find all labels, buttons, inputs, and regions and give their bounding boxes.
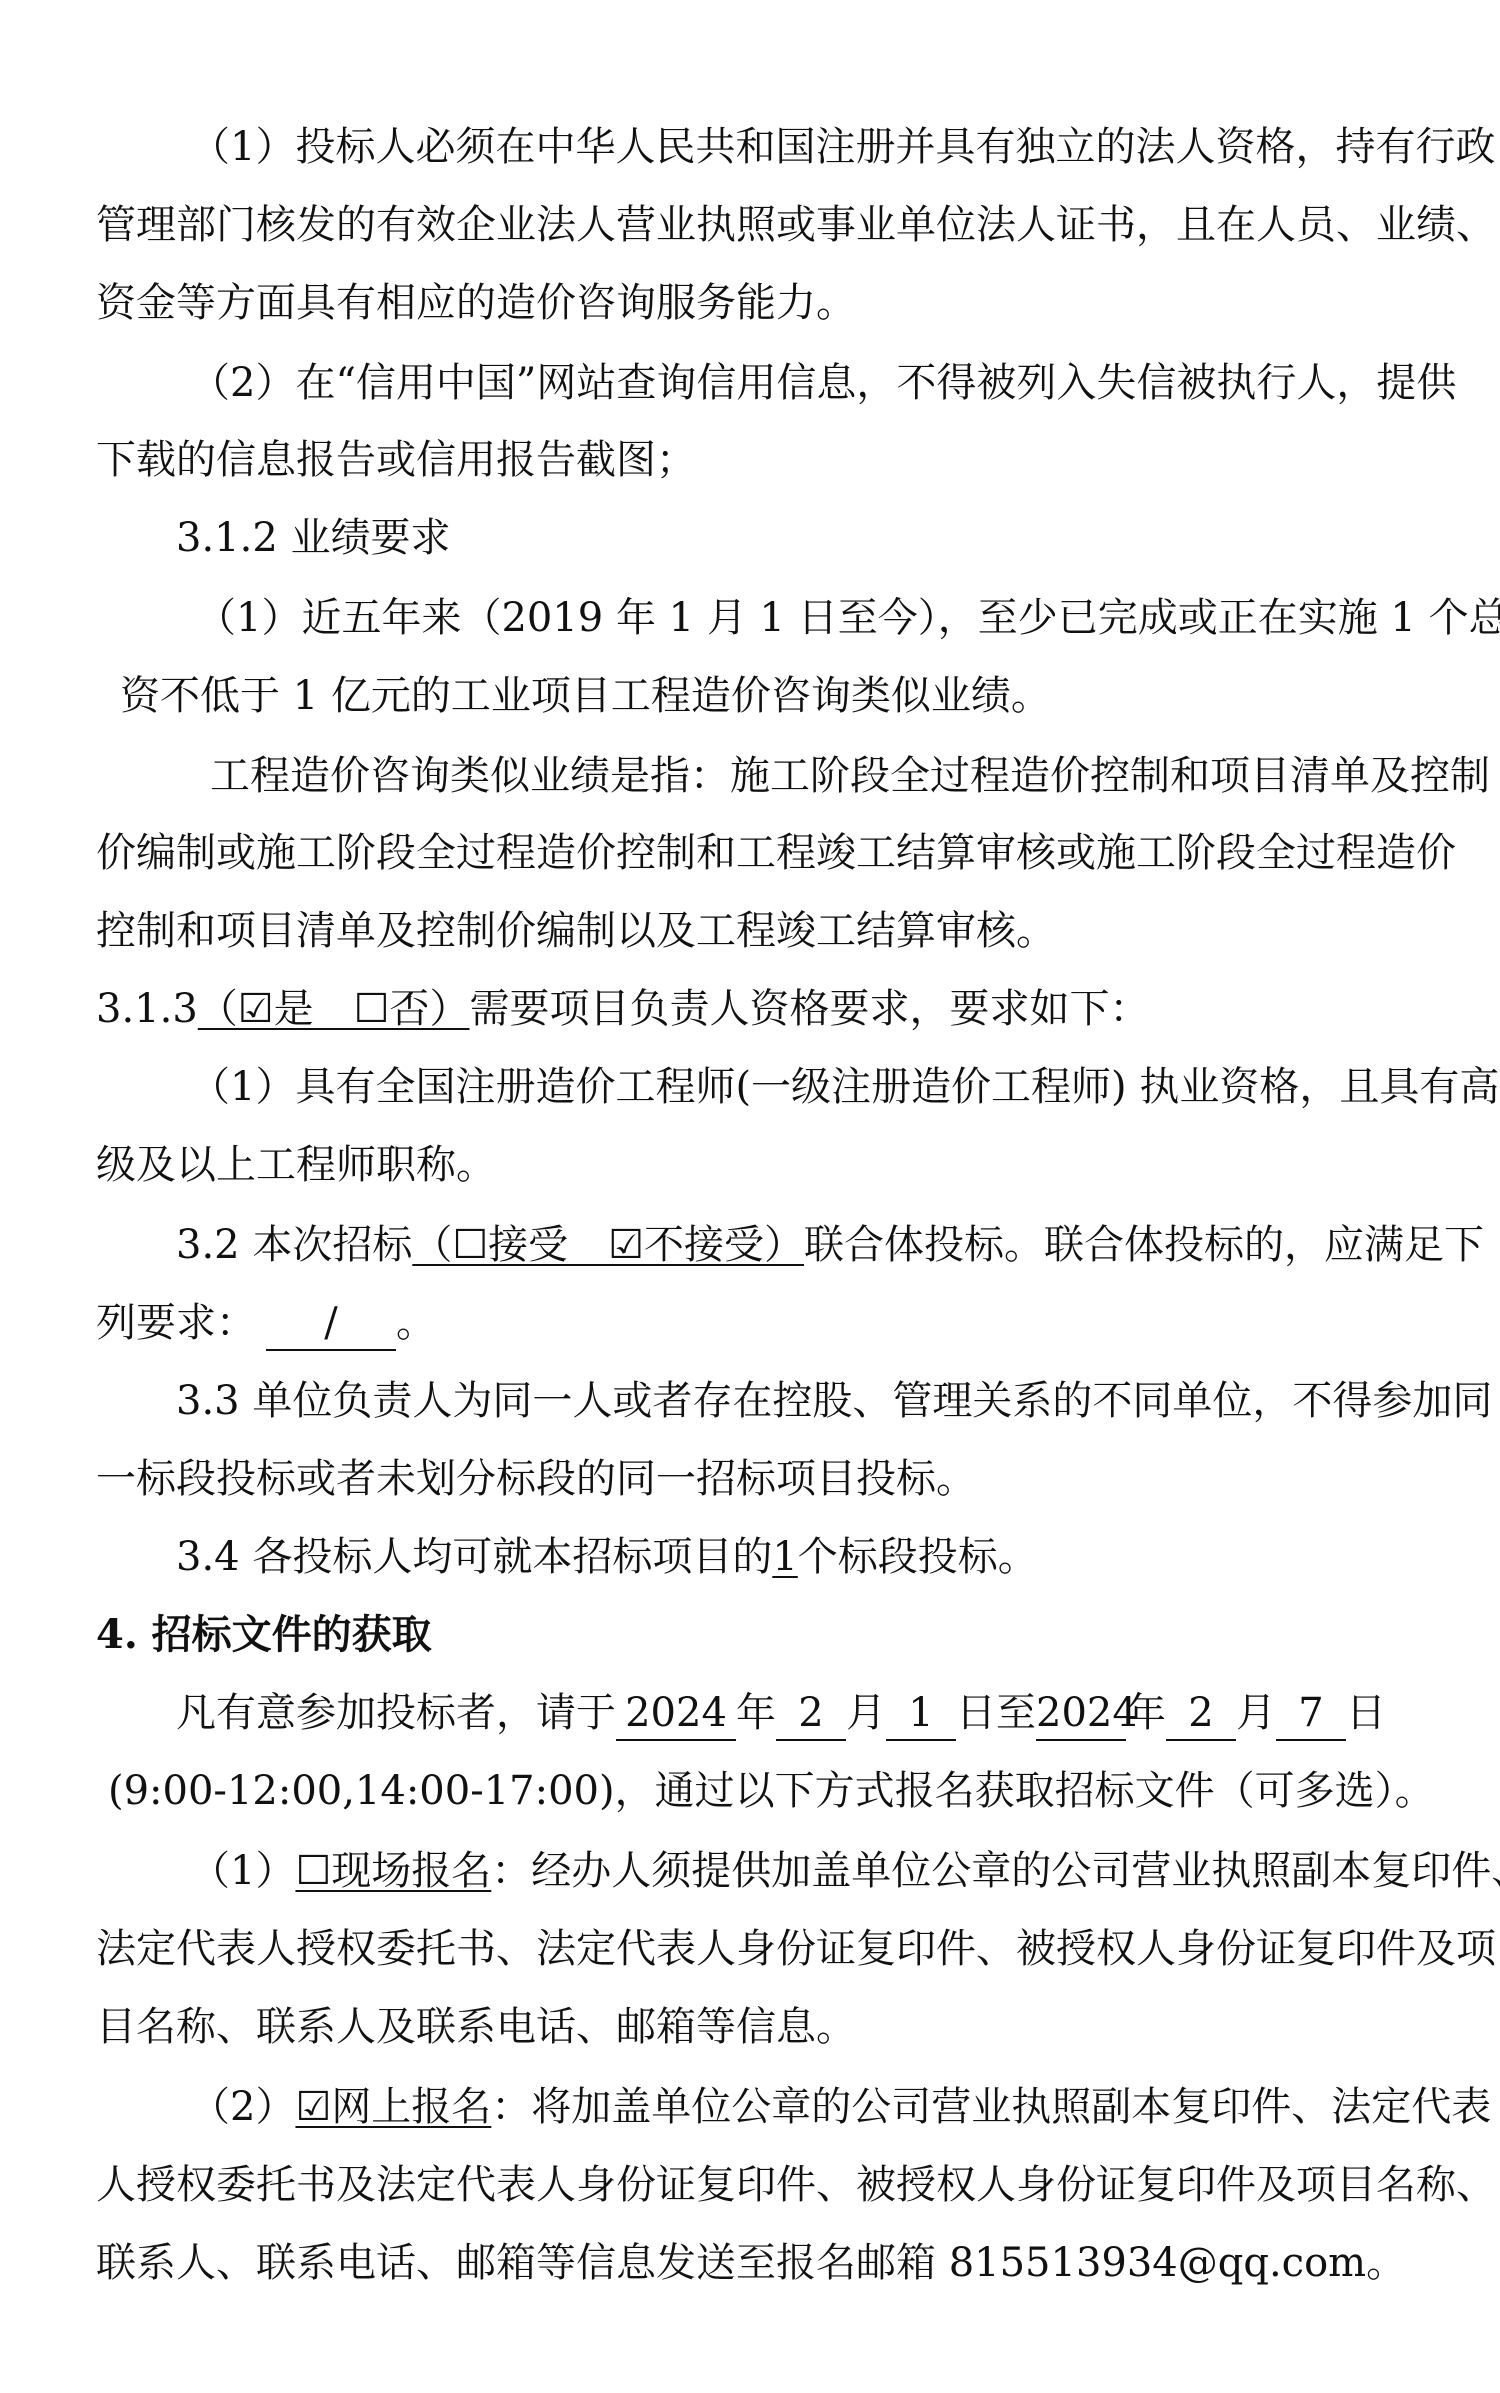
para-5-line-2: 级及以上工程师职称。: [96, 1135, 496, 1195]
onsite-line-1: （1）☐现场报名：经办人须提供加盖单位公章的公司营业执照副本复印件、: [190, 1841, 1500, 1901]
date-line: 凡有意参加投标者，请于2024年2月1日至2024年2月7日: [176, 1683, 1386, 1743]
consortium-checkbox-group[interactable]: （☐接受 ☑不接受）: [412, 1222, 804, 1268]
section-3-3-line-2: 一标段投标或者未划分标段的同一招标项目投标。: [96, 1449, 976, 1509]
section-3-4-prefix: 3.4 各投标人均可就本招标项目的: [176, 1534, 772, 1580]
onsite-line-3: 目名称、联系人及联系电话、邮箱等信息。: [96, 1997, 856, 2057]
requirements-label: 列要求：: [96, 1300, 256, 1346]
month-label: 月: [846, 1690, 886, 1736]
online-line-3: 联系人、联系电话、邮箱等信息发送至报名邮箱 815513934@qq.com。: [96, 2233, 1406, 2293]
heading-3-1-2: 3.1.2 业绩要求: [176, 508, 451, 568]
onsite-line-2: 法定代表人授权委托书、法定代表人身份证复印件、被授权人身份证复印件及项: [96, 1919, 1496, 1979]
section-3-2-prefix: 3.2 本次招标: [176, 1222, 412, 1268]
para-4-line-1: 工程造价咨询类似业绩是指：施工阶段全过程造价控制和项目清单及控制: [210, 746, 1490, 806]
requirements-blank[interactable]: /: [266, 1297, 396, 1351]
para-4-line-3: 控制和项目清单及控制价编制以及工程竣工结算审核。: [96, 901, 1056, 961]
hours-line: (9:00-12:00,14:00-17:00)，通过以下方式报名获取招标文件（…: [108, 1761, 1435, 1821]
end-year[interactable]: 2024: [1036, 1687, 1126, 1741]
para-1-line-2: 管理部门核发的有效企业法人营业执照或事业单位法人证书，且在人员、业绩、: [96, 195, 1496, 255]
end-day[interactable]: 7: [1276, 1687, 1346, 1741]
section-3-4-suffix: 个标段投标。: [798, 1534, 1038, 1580]
leader-required-checkbox-group[interactable]: （☑是 ☐否）: [198, 986, 470, 1032]
para-2-line-2: 下载的信息报告或信用报告截图；: [96, 430, 696, 490]
section-3-2-line-2: 列要求：/。: [96, 1293, 436, 1353]
day-to-label: 日至: [956, 1690, 1036, 1736]
online-registration-checkbox[interactable]: ☑网上报名: [295, 2084, 491, 2130]
year-label: 年: [1126, 1690, 1166, 1736]
start-year[interactable]: 2024: [616, 1687, 736, 1741]
section-3-2-suffix: 联合体投标。联合体投标的，应满足下: [804, 1222, 1484, 1268]
day-label: 日: [1346, 1690, 1386, 1736]
para-3-line-1: （1）近五年来（2019 年 1 月 1 日至今），至少已完成或正在实施 1 个…: [196, 588, 1500, 648]
para-1-line-1: （1）投标人必须在中华人民共和国注册并具有独立的法人资格，持有行政: [190, 117, 1495, 177]
start-month[interactable]: 2: [776, 1687, 846, 1741]
online-line-2: 人授权委托书及法定代表人身份证复印件、被授权人身份证复印件及项目名称、: [96, 2155, 1496, 2215]
online-text: ：将加盖单位公章的公司营业执照副本复印件、法定代表: [491, 2084, 1491, 2130]
heading-text: 需要项目负责人资格要求，要求如下：: [470, 986, 1150, 1032]
year-label: 年: [736, 1690, 776, 1736]
lot-count[interactable]: 1: [772, 1534, 797, 1580]
para-4-line-2: 价编制或施工阶段全过程造价控制和工程竣工结算审核或施工阶段全过程造价: [96, 823, 1456, 883]
para-1-line-3: 资金等方面具有相应的造价咨询服务能力。: [96, 273, 856, 333]
start-day[interactable]: 1: [886, 1687, 956, 1741]
para-2-line-1: （2）在“信用中国”网站查询信用信息，不得被列入失信被执行人，提供: [190, 353, 1456, 413]
onsite-number: （1）: [190, 1848, 295, 1894]
heading-3-1-3: 3.1.3（☑是 ☐否）需要项目负责人资格要求，要求如下：: [96, 979, 1150, 1039]
section-3-3-line-1: 3.3 单位负责人为同一人或者存在控股、管理关系的不同单位，不得参加同: [176, 1371, 1492, 1431]
para-3-line-2: 资不低于 1 亿元的工业项目工程造价咨询类似业绩。: [120, 666, 1051, 726]
online-number: （2）: [190, 2084, 295, 2130]
period: 。: [396, 1300, 436, 1346]
onsite-registration-checkbox[interactable]: ☐现场报名: [295, 1848, 491, 1894]
onsite-text: ：经办人须提供加盖单位公章的公司营业执照副本复印件、: [491, 1848, 1500, 1894]
section-3-2-line-1: 3.2 本次招标（☐接受 ☑不接受）联合体投标。联合体投标的，应满足下: [176, 1215, 1484, 1275]
para-5-line-1: （1）具有全国注册造价工程师(一级注册造价工程师) 执业资格，且具有高: [190, 1057, 1499, 1117]
date-line-prefix: 凡有意参加投标者，请于: [176, 1690, 616, 1736]
end-month[interactable]: 2: [1166, 1687, 1236, 1741]
section-number: 3.1.3: [96, 986, 198, 1032]
online-line-1: （2）☑网上报名：将加盖单位公章的公司营业执照副本复印件、法定代表: [190, 2077, 1491, 2137]
section-3-4: 3.4 各投标人均可就本招标项目的1个标段投标。: [176, 1527, 1038, 1587]
month-label: 月: [1236, 1690, 1276, 1736]
heading-4: 4. 招标文件的获取: [96, 1605, 432, 1665]
